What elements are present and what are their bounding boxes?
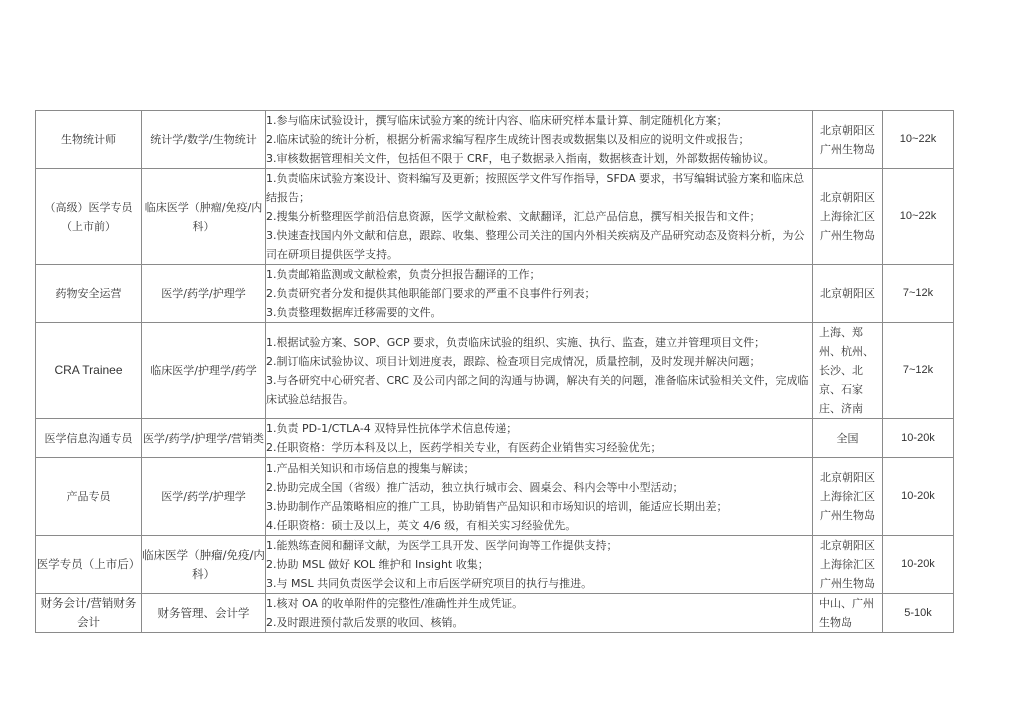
location-item: 广州生物岛 [813,574,882,593]
job-title: 医学专员（上市后） [36,536,142,594]
table-row: 产品专员 医学/药学/护理学 1.产品相关知识和市场信息的搜集与解读； 2.协助… [36,458,954,536]
duty-item: 2.协助 MSL 做好 KOL 维护和 Insight 收集； [266,555,812,574]
location-item: 中山、广州生物岛 [819,594,882,632]
duty-item: 1.核对 OA 的收单附件的完整性/准确性并生成凭证。 [266,594,812,613]
location-item: 上海徐汇区 [813,555,882,574]
job-title: 医学信息沟通专员 [36,419,142,458]
job-duties: 1.参与临床试验设计，撰写临床试验方案的统计内容、临床研究样本量计算、制定随机化… [266,111,813,169]
location-item: 北京朝阳区 [813,468,882,487]
duty-item: 2.搜集分析整理医学前沿信息资源，医学文献检索、文献翻译，汇总产品信息，撰写相关… [266,207,812,226]
duty-item: 2.负责研究者分发和提供其他职能部门要求的严重不良事件行列表； [266,284,812,303]
job-title: 生物统计师 [36,111,142,169]
location-item: 上海徐汇区 [813,207,882,226]
duty-item: 1.负责 PD-1/CTLA-4 双特异性抗体学术信息传递； [266,419,812,438]
duty-item: 3.快速查找国内外文献和信息，跟踪、收集、整理公司关注的国内外相关疾病及产品研究… [266,226,812,264]
duty-item: 2.制订临床试验协议、项目计划进度表，跟踪、检查项目完成情况，质量控制，及时发现… [266,352,812,371]
duty-item: 1.参与临床试验设计，撰写临床试验方案的统计内容、临床研究样本量计算、制定随机化… [266,111,812,130]
location-item: 广州生物岛 [813,226,882,245]
duty-item: 3.审核数据管理相关文件，包括但不限于 CRF，电子数据录入指南，数据核查计划，… [266,149,812,168]
required-major: 医学/药学/护理学/营销类 [142,419,266,458]
location-item: 北京朝阳区 [813,284,882,303]
work-location: 北京朝阳区 [813,265,883,323]
duty-item: 3.与各研究中心研究者、CRC 及公司内部之间的沟通与协调，解决有关的问题，准备… [266,371,812,409]
job-duties: 1.能熟练查阅和翻译文献，为医学工具开发、医学问询等工作提供支持； 2.协助 M… [266,536,813,594]
required-major: 统计学/数学/生物统计 [142,111,266,169]
job-listing-table: 生物统计师 统计学/数学/生物统计 1.参与临床试验设计，撰写临床试验方案的统计… [35,110,954,633]
table-row: （高级）医学专员（上市前） 临床医学（肿瘤/免疫/内科） 1.负责临床试验方案设… [36,169,954,265]
table-row: CRA Trainee 临床医学/护理学/药学 1.根据试验方案、SOP、GCP… [36,323,954,419]
salary-range: 7~12k [883,265,954,323]
job-duties: 1.负责邮箱监测或文献检索，负责分担报告翻译的工作； 2.负责研究者分发和提供其… [266,265,813,323]
location-item: 北京朝阳区 [813,536,882,555]
location-item: 北京朝阳区 [813,188,882,207]
job-duties: 1.产品相关知识和市场信息的搜集与解读； 2.协助完成全国（省级）推广活动，独立… [266,458,813,536]
table-row: 医学专员（上市后） 临床医学（肿瘤/免疫/内科） 1.能熟练查阅和翻译文献，为医… [36,536,954,594]
salary-range: 10-20k [883,419,954,458]
work-location: 北京朝阳区 上海徐汇区 广州生物岛 [813,536,883,594]
table-row: 药物安全运营 医学/药学/护理学 1.负责邮箱监测或文献检索，负责分担报告翻译的… [36,265,954,323]
salary-range: 10~22k [883,169,954,265]
salary-range: 5-10k [883,594,954,633]
salary-range: 10~22k [883,111,954,169]
duty-item: 3.协助制作产品策略相应的推广工具，协助销售产品知识和市场知识的培训，能适应长期… [266,497,812,516]
duty-item: 1.能熟练查阅和翻译文献，为医学工具开发、医学问询等工作提供支持； [266,536,812,555]
duty-item: 4.任职资格：硕士及以上，英文 4/6 级，有相关实习经验优先。 [266,516,812,535]
location-item: 广州生物岛 [813,140,882,159]
work-location: 中山、广州生物岛 [813,594,883,633]
location-item: 北京朝阳区 [813,121,882,140]
required-major: 财务管理、会计学 [142,594,266,633]
job-title: 产品专员 [36,458,142,536]
table-row: 医学信息沟通专员 医学/药学/护理学/营销类 1.负责 PD-1/CTLA-4 … [36,419,954,458]
duty-item: 1.根据试验方案、SOP、GCP 要求，负责临床试验的组织、实施、执行、监查，建… [266,333,812,352]
job-duties: 1.核对 OA 的收单附件的完整性/准确性并生成凭证。 2.及时跟进预付款后发票… [266,594,813,633]
location-item: 上海、郑州、杭州、长沙、北京、石家庄、济南 [819,323,882,418]
job-title: 财务会计/营销财务会计 [36,594,142,633]
duty-item: 2.任职资格：学历本科及以上，医药学相关专业，有医药企业销售实习经验优先； [266,438,812,457]
duty-item: 1.负责临床试验方案设计、资料编写及更新；按照医学文件写作指导，SFDA 要求，… [266,169,812,207]
duty-item: 2.临床试验的统计分析，根据分析需求编写程序生成统计图表或数据集以及相应的说明文… [266,130,812,149]
location-item: 上海徐汇区 [813,487,882,506]
required-major: 临床医学/护理学/药学 [142,323,266,419]
work-location: 北京朝阳区 广州生物岛 [813,111,883,169]
required-major: 医学/药学/护理学 [142,265,266,323]
salary-range: 10-20k [883,458,954,536]
duty-item: 2.及时跟进预付款后发票的收回、核销。 [266,613,812,632]
duty-item: 3.负责整理数据库迁移需要的文件。 [266,303,812,322]
table-row: 财务会计/营销财务会计 财务管理、会计学 1.核对 OA 的收单附件的完整性/准… [36,594,954,633]
job-duties: 1.根据试验方案、SOP、GCP 要求，负责临床试验的组织、实施、执行、监查，建… [266,323,813,419]
job-title: （高级）医学专员（上市前） [36,169,142,265]
job-duties: 1.负责 PD-1/CTLA-4 双特异性抗体学术信息传递； 2.任职资格：学历… [266,419,813,458]
work-location: 北京朝阳区 上海徐汇区 广州生物岛 [813,458,883,536]
required-major: 临床医学（肿瘤/免疫/内科） [142,169,266,265]
location-item: 广州生物岛 [813,506,882,525]
work-location: 北京朝阳区 上海徐汇区 广州生物岛 [813,169,883,265]
salary-range: 10-20k [883,536,954,594]
location-item: 全国 [813,429,882,448]
table-row: 生物统计师 统计学/数学/生物统计 1.参与临床试验设计，撰写临床试验方案的统计… [36,111,954,169]
duty-item: 1.负责邮箱监测或文献检索，负责分担报告翻译的工作； [266,265,812,284]
duty-item: 2.协助完成全国（省级）推广活动，独立执行城市会、圆桌会、科内会等中小型活动； [266,478,812,497]
duty-item: 3.与 MSL 共同负责医学会议和上市后医学研究项目的执行与推进。 [266,574,812,593]
duty-item: 1.产品相关知识和市场信息的搜集与解读； [266,459,812,478]
salary-range: 7~12k [883,323,954,419]
job-title: CRA Trainee [36,323,142,419]
work-location: 上海、郑州、杭州、长沙、北京、石家庄、济南 [813,323,883,419]
required-major: 医学/药学/护理学 [142,458,266,536]
work-location: 全国 [813,419,883,458]
required-major: 临床医学（肿瘤/免疫/内科） [142,536,266,594]
job-title: 药物安全运营 [36,265,142,323]
job-duties: 1.负责临床试验方案设计、资料编写及更新；按照医学文件写作指导，SFDA 要求，… [266,169,813,265]
